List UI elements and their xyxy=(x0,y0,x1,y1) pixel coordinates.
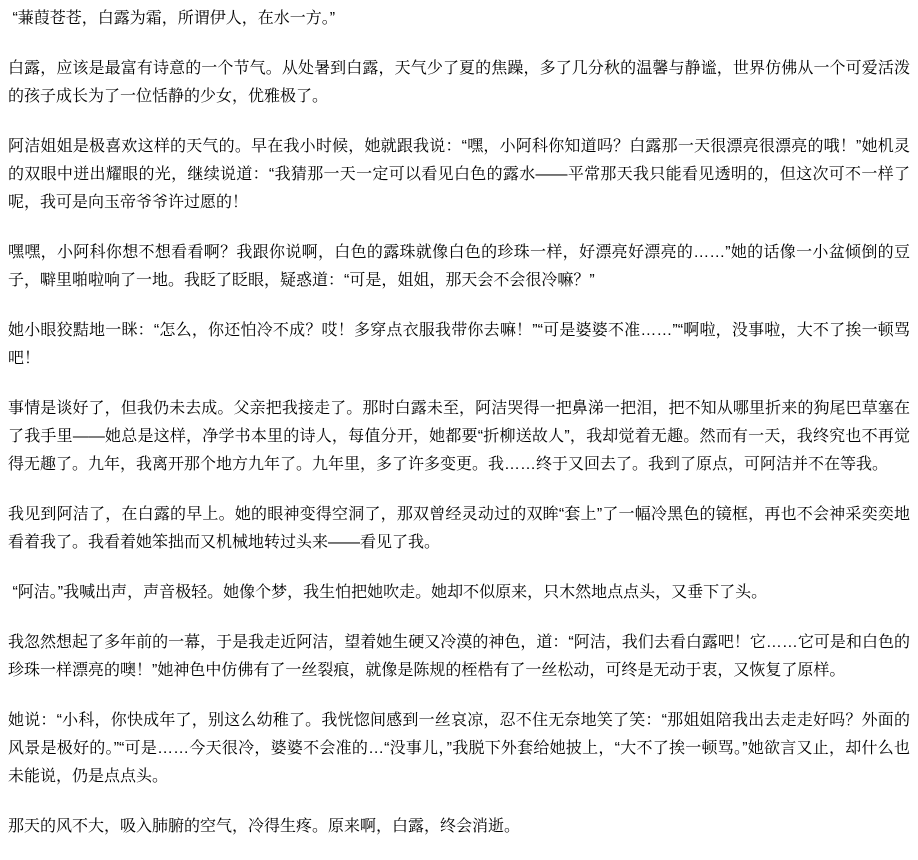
paragraph: 嘿嘿，小阿科你想不想看看啊？我跟你说啊，白色的露珠就像白色的珍珠一样，好漂亮好漂… xyxy=(8,239,910,295)
paragraph: 我见到阿洁了，在白露的早上。她的眼神变得空洞了，那双曾经灵动过的双眸“套上”了一… xyxy=(8,501,910,557)
paragraph: 我忽然想起了多年前的一幕，于是我走近阿洁，望着她生硬又冷漠的神色，道：“阿洁，我… xyxy=(8,629,910,685)
paragraph: “蒹葭苍苍，白露为霜，所谓伊人，在水一方。” xyxy=(8,5,910,33)
paragraph: 她说：“小科，你快成年了，别这么幼稚了。我恍惚间感到一丝哀凉，忍不住无奈地笑了笑… xyxy=(8,707,910,791)
paragraph: 事情是谈好了，但我仍未去成。父亲把我接走了。那时白露未至，阿洁哭得一把鼻涕一把泪… xyxy=(8,395,910,479)
paragraph: “阿洁。”我喊出声，声音极轻。她像个梦，我生怕把她吹走。她却不似原来，只木然地点… xyxy=(8,579,910,607)
document-page: “蒹葭苍苍，白露为霜，所谓伊人，在水一方。” 白露，应该是最富有诗意的一个节气。… xyxy=(0,0,918,860)
paragraph: 阿洁姐姐是极喜欢这样的天气的。早在我小时候，她就跟我说：“嘿，小阿科你知道吗？白… xyxy=(8,133,910,217)
paragraph: 她小眼狡黠地一眯：“怎么，你还怕冷不成？哎！多穿点衣服我带你去嘛！”“可是婆婆不… xyxy=(8,317,910,373)
paragraph: 那天的风不大，吸入肺腑的空气，冷得生疼。原来啊，白露，终会消逝。 xyxy=(8,813,910,841)
paragraph: 白露，应该是最富有诗意的一个节气。从处暑到白露，天气少了夏的焦躁，多了几分秋的温… xyxy=(8,55,910,111)
